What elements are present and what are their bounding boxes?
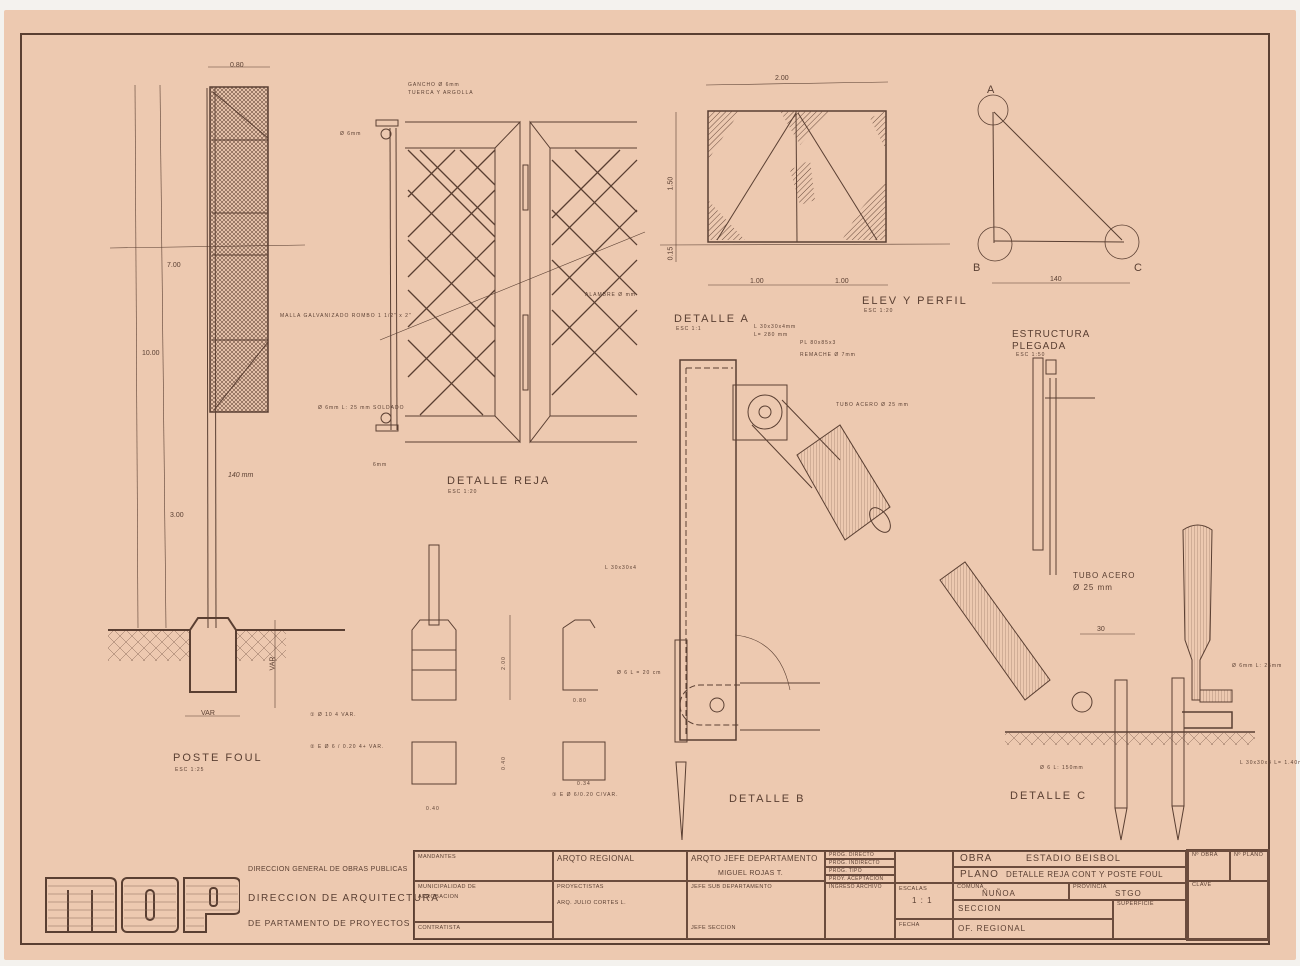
cell-municipalidad: MUNICIPALIDAD DE APROBACION <box>414 881 553 922</box>
detalle-c-note-angle: L 30x30x4 L= 1.40mm <box>1240 760 1300 766</box>
foundation-dim-stirrup: 0.34 <box>577 781 591 787</box>
dim-profile-base: 140 <box>1050 276 1062 283</box>
cell-jefe-subdepto: JEFE SUB DEPARTAMENTO JEFE SECCION <box>687 881 825 939</box>
detalle-a-title: DETALLE A <box>674 313 750 325</box>
cell-proy-aceptacion: PROY. ACEPTACION <box>825 875 895 883</box>
foundation-dim-sq: 0.40 <box>501 756 507 770</box>
cell-prog-directo: PROG. DIRECTO <box>825 851 895 859</box>
detalle-a-note-tubo: TUBO ACERO Ø 25 mm <box>836 402 909 408</box>
cell-escalas: ESCALAS 1 : 1 <box>895 883 953 919</box>
org-line-1: DIRECCION GENERAL DE OBRAS PUBLICAS <box>248 866 408 873</box>
detalle-c-note-pin: Ø 6mm L: 25mm <box>1232 663 1282 669</box>
detalle-b-note-l: L 30x30x4 <box>605 565 637 571</box>
cell-clave: CLAVE <box>1188 881 1268 939</box>
dim-pipe: 140 mm <box>228 472 253 479</box>
detalle-a-note-remache: REMACHE Ø 7mm <box>800 352 856 358</box>
reja-note-6mm: 6mm <box>373 462 387 468</box>
dim-elev-base: 0.15 <box>667 247 674 261</box>
detalle-b-note-diam: Ø 6 L = 20 cm <box>617 670 661 676</box>
cell-obra: OBRA ESTADIO BEISBOL <box>953 851 1186 867</box>
cell-prog-check <box>895 851 953 883</box>
detalle-c-title: DETALLE C <box>1010 790 1087 802</box>
cell-n-obra: Nº OBRA <box>1188 851 1230 881</box>
dim-base-width: VAR <box>201 710 215 717</box>
reja-note-diam: Ø 6mm <box>340 131 361 137</box>
detalle-a-note-length: L= 280 mm <box>754 332 788 338</box>
elev-perfil-title: ELEV Y PERFIL <box>862 295 968 307</box>
cell-n-plano: Nº PLANO <box>1230 851 1268 881</box>
foundation-detail-view <box>412 545 605 784</box>
cell-ingreso-archivo: INGRESO ARCHIVO <box>825 883 895 939</box>
foundation-dim-depth: 2.00 <box>501 656 507 670</box>
estructura-plegada-title-2: PLEGADA <box>1012 341 1066 352</box>
detalle-a-note-l: L 30x30x4mm <box>754 324 796 330</box>
detalle-c-dim-30: 30 <box>1097 626 1105 633</box>
estructura-plegada-scale: ESC 1:50 <box>1016 352 1045 358</box>
detalle-c-note-stake: Ø 6 L: 150mm <box>1040 765 1084 771</box>
elev-perfil-scale: ESC 1:20 <box>864 308 893 314</box>
dim-elev-height: 1.50 <box>667 177 674 191</box>
cell-arqto-jefe: ARQTO JEFE DEPARTAMENTO MIGUEL ROJAS T. <box>687 851 825 881</box>
detalle-c-note-diam: Ø 25 mm <box>1073 583 1113 592</box>
cell-of-regional: OF. REGIONAL <box>953 919 1113 939</box>
cell-seccion: SECCION <box>953 900 1113 919</box>
cell-comuna: COMUNA ÑUÑOA <box>953 883 1069 900</box>
cell-fecha: FECHA <box>895 919 953 939</box>
detalle-a-scale: ESC 1:1 <box>676 326 702 332</box>
detalle-ab-view <box>675 360 895 840</box>
detalle-b-title: DETALLE B <box>729 793 806 805</box>
point-b: B <box>973 262 981 274</box>
dim-width-top: 0.80 <box>230 62 244 69</box>
estructura-plegada-view <box>1033 358 1095 575</box>
cell-provincia: PROVINCIA STGO <box>1069 883 1186 900</box>
foundation-dim-bar: 0.80 <box>573 698 587 704</box>
cell-plano: PLANO DETALLE REJA CONT Y POSTE FOUL <box>953 867 1186 883</box>
cell-arqto-regional: ARQTO REGIONAL <box>553 851 687 881</box>
dim-height-low: 3.00 <box>170 512 184 519</box>
reja-note-tuerca: TUERCA Y ARGOLLA <box>408 90 474 96</box>
cell-proyectistas: PROYECTISTAS ARQ. JULIO CORTES L. <box>553 881 687 939</box>
detalle-a-note-pl: PL 80x85x3 <box>800 340 836 346</box>
mesh-note: MALLA GALVANIZADO ROMBO 1 1/2" x 2" <box>280 313 412 319</box>
elev-perfil-view <box>660 82 1139 285</box>
point-c: C <box>1134 262 1143 274</box>
dim-height-mid: 7.00 <box>167 262 181 269</box>
foundation-note-3: ③ E Ø 6/0.20 C/VAR. <box>552 792 618 798</box>
cell-prog-tipo: PROG. TIPO <box>825 867 895 875</box>
dim-elev-left: 1.00 <box>750 278 764 285</box>
foundation-dim-width: 0.40 <box>426 806 440 812</box>
dim-height-total: 10.00 <box>142 350 160 357</box>
poste-foul-scale: ESC 1:25 <box>175 767 204 773</box>
detalle-c-note-tubo: TUBO ACERO <box>1073 571 1135 580</box>
reja-note-soldado: Ø 6mm L: 25 mm SOLDADO <box>318 405 404 411</box>
technical-drawing <box>0 0 1300 966</box>
detalle-reja-title: DETALLE REJA <box>447 475 550 487</box>
dim-elev-right: 1.00 <box>835 278 849 285</box>
poste-foul-title: POSTE FOUL <box>173 752 263 764</box>
cell-contratista: CONTRATISTA <box>414 922 553 939</box>
dim-elev-width: 2.00 <box>775 75 789 82</box>
detalle-reja-scale: ESC 1:20 <box>448 489 477 495</box>
foundation-note-2: ② E Ø 6 / 0.20 4+ VAR. <box>310 744 384 750</box>
org-line-2: DIRECCION DE ARQUITECTURA <box>248 893 439 904</box>
org-line-3: DE PARTAMENTO DE PROYECTOS <box>248 918 410 928</box>
cell-superficie: SUPERFICIE <box>1113 900 1186 939</box>
estructura-plegada-title-1: ESTRUCTURA <box>1012 329 1090 340</box>
reja-note-gancho: GANCHO Ø 6mm <box>408 82 460 88</box>
detalle-reja-view <box>376 120 645 442</box>
mop-logo <box>44 870 240 934</box>
dim-base-height: VAR <box>269 657 276 671</box>
point-a: A <box>987 84 995 96</box>
foundation-note-1: ① Ø 10 4 VAR. <box>310 712 357 718</box>
cell-mandantes: MANDANTES <box>414 851 553 881</box>
reja-note-alambre: ALAMBRE Ø mm <box>585 292 636 298</box>
cell-prog-indirecto: PROG. INDIRECTO <box>825 859 895 867</box>
poste-foul-view <box>108 67 345 716</box>
